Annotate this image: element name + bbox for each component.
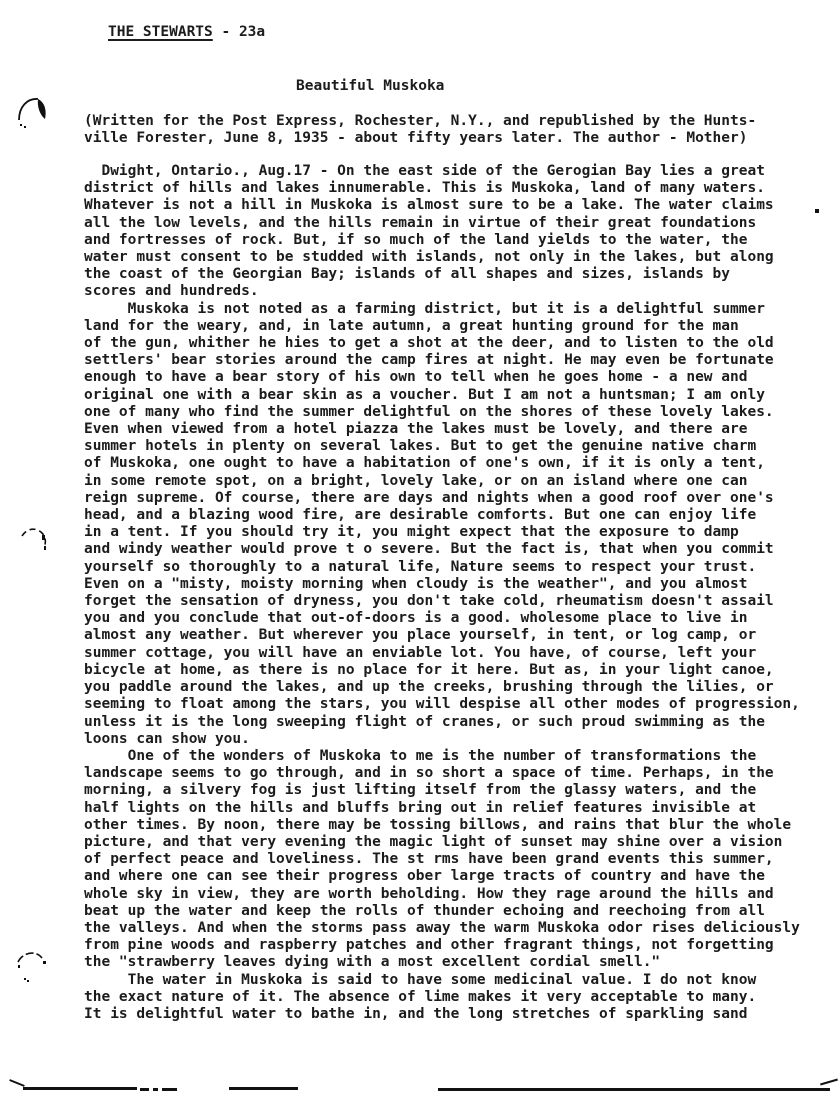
text-line: picture, and that very evening the magic…: [84, 834, 832, 851]
attribution-line: (Written for the Post Express, Rochester…: [84, 113, 756, 130]
text-line: forget the sensation of dryness, you don…: [84, 593, 832, 610]
text-line: of Muskoka, one ought to have a habitati…: [84, 455, 832, 472]
text-line: Whatever is not a hill in Muskoka is alm…: [84, 197, 832, 214]
text-line: you paddle around the lakes, and up the …: [84, 679, 832, 696]
text-line: yourself so thoroughly to a natural life…: [84, 559, 832, 576]
text-line: and windy weather would prove t o severe…: [84, 541, 832, 558]
punch-hole-mark: [18, 522, 54, 562]
text-line: of perfect peace and loveliness. The st …: [84, 851, 832, 868]
punch-hole-mark: [14, 92, 56, 134]
text-line: the valleys. And when the storms pass aw…: [84, 920, 832, 937]
text-line: you and you conclude that out-of-doors i…: [84, 610, 832, 627]
text-line: summer cottage, you will have an enviabl…: [84, 645, 832, 662]
text-line: whole sky in view, they are worth behold…: [84, 886, 832, 903]
text-line: morning, a silvery fog is just lifting i…: [84, 782, 832, 799]
text-line: Muskoka is not noted as a farming distri…: [84, 301, 832, 318]
text-line: landscape seems to go through, and in so…: [84, 765, 832, 782]
text-line: reign supreme. Of course, there are days…: [84, 490, 832, 507]
text-line: settlers' bear stories around the camp f…: [84, 352, 832, 369]
text-line: other times. By noon, there may be tossi…: [84, 817, 832, 834]
text-line: One of the wonders of Muskoka to me is t…: [84, 748, 832, 765]
header-page-number: - 23a: [213, 24, 265, 40]
text-line: the exact nature of it. The absence of l…: [84, 989, 832, 1006]
text-line: Even on a "misty, moisty morning when cl…: [84, 576, 832, 593]
text-line: water must consent to be studded with is…: [84, 249, 832, 266]
text-line: almost any weather. But wherever you pla…: [84, 627, 832, 644]
text-line: summer hotels in plenty on several lakes…: [84, 438, 832, 455]
text-line: bicycle at home, as there is no place fo…: [84, 662, 832, 679]
text-line: The water in Muskoka is said to have som…: [84, 972, 832, 989]
attribution-line: ville Forester, June 8, 1935 - about fif…: [84, 130, 756, 147]
text-line: district of hills and lakes innumerable.…: [84, 180, 832, 197]
article-body: Dwight, Ontario., Aug.17 - On the east s…: [84, 163, 832, 1023]
text-line: scores and hundreds.: [84, 283, 832, 300]
text-line: in a tent. If you should try it, you mig…: [84, 524, 832, 541]
text-line: seeming to float among the stars, you wi…: [84, 696, 832, 713]
text-line: in some remote spot, on a bright, lovely…: [84, 473, 832, 490]
text-line: Dwight, Ontario., Aug.17 - On the east s…: [84, 163, 832, 180]
article-title: Beautiful Muskoka: [296, 78, 444, 95]
text-line: It is delightful water to bathe in, and …: [84, 1006, 832, 1023]
text-line: one of many who find the summer delightf…: [84, 404, 832, 421]
text-line: all the low levels, and the hills remain…: [84, 215, 832, 232]
text-line: and fortresses of rock. But, if so much …: [84, 232, 832, 249]
text-line: the coast of the Georgian Bay; islands o…: [84, 266, 832, 283]
text-line: from pine woods and raspberry patches an…: [84, 937, 832, 954]
header-title: THE STEWARTS: [108, 24, 213, 40]
text-line: half lights on the hills and bluffs brin…: [84, 800, 832, 817]
text-line: unless it is the long sweeping flight of…: [84, 714, 832, 731]
text-line: and where one can see their progress obe…: [84, 868, 832, 885]
text-line: the "strawberry leaves dying with a most…: [84, 954, 832, 971]
text-line: land for the weary, and, in late autumn,…: [84, 318, 832, 335]
text-line: beat up the water and keep the rolls of …: [84, 903, 832, 920]
page-header: THE STEWARTS - 23a: [108, 24, 265, 41]
text-line: Even when viewed from a hotel piazza the…: [84, 421, 832, 438]
document-page: THE STEWARTS - 23a Beautiful Muskoka (Wr…: [0, 0, 840, 1095]
text-line: enough to have a bear story of his own t…: [84, 369, 832, 386]
punch-hole-mark: [13, 946, 55, 990]
attribution-note: (Written for the Post Express, Rochester…: [84, 113, 756, 148]
ink-speck: [815, 209, 819, 213]
text-line: loons can show you.: [84, 731, 832, 748]
text-line: of the gun, whither he hies to get a sho…: [84, 335, 832, 352]
text-line: original one with a bear skin as a vouch…: [84, 387, 832, 404]
text-line: head, and a blazing wood fire, are desir…: [84, 507, 832, 524]
